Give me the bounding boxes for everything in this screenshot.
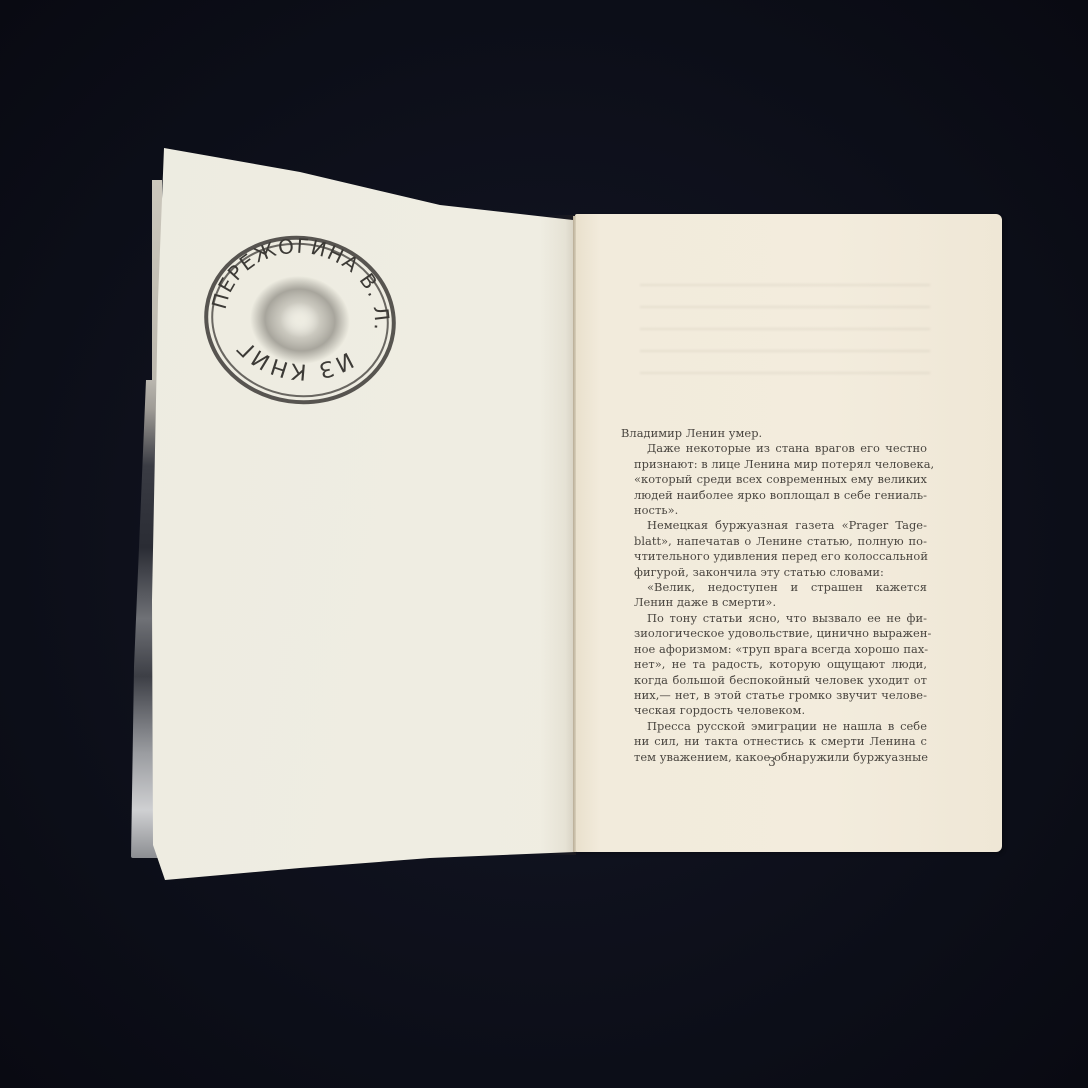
- text-line: людей наиболее ярко воплощал в себе гени…: [621, 488, 927, 503]
- text-line: фигурой, закончила эту статью словами:: [621, 565, 927, 580]
- paragraph: По тону статьи ясно, что вызвало ее не ф…: [621, 611, 927, 719]
- left-page-gutter-shadow: [540, 215, 576, 855]
- bleed-through-text: [640, 272, 930, 382]
- text-line: признают: в лице Ленина мир потерял чело…: [621, 457, 927, 472]
- booklet-spine: [573, 216, 576, 852]
- text-line: Немецкая буржуазная газета «Prager Tage-: [621, 518, 927, 533]
- text-line: нет», не та радость, которую ощущают люд…: [621, 657, 927, 672]
- text-line: Владимир Ленин умер.: [621, 426, 927, 441]
- text-line: ческая гордость человеком.: [621, 703, 927, 718]
- text-line: Даже некоторые из стана врагов его честн…: [621, 441, 927, 456]
- page-number: 3: [764, 755, 780, 769]
- text-line: ность».: [621, 503, 927, 518]
- text-line: когда большой беспокойный человек уходит…: [621, 673, 927, 688]
- paragraph: Владимир Ленин умер.: [621, 426, 927, 441]
- text-line: зиологическое удовольствие, цинично выра…: [621, 626, 927, 641]
- text-line: Ленин даже в смерти».: [621, 595, 927, 610]
- text-line: чтительного удивления перед его колоссал…: [621, 549, 927, 564]
- text-line: них,— нет, в этой статье громко звучит ч…: [621, 688, 927, 703]
- paragraph: Немецкая буржуазная газета «Prager Tage-…: [621, 518, 927, 580]
- text-line: «который среди всех современных ему вели…: [621, 472, 927, 487]
- quote-paragraph: «Велик, недоступен и страшен кажется Лен…: [621, 580, 927, 611]
- text-line: «Велик, недоступен и страшен кажется: [621, 580, 927, 595]
- stamp-icon: ИЗ КНИГ ПЕРЕЖОГИНА В. Л.: [188, 217, 411, 423]
- text-line: По тону статьи ясно, что вызвало ее не ф…: [621, 611, 927, 626]
- text-line: Пресса русской эмиграции не нашла в себе: [621, 719, 927, 734]
- ownership-stamp: ИЗ КНИГ ПЕРЕЖОГИНА В. Л.: [188, 217, 411, 423]
- text-line: ное афоризмом: «труп врага всегда хорошо…: [621, 642, 927, 657]
- text-line: ни сил, ни такта отнестись к смерти Лени…: [621, 734, 927, 749]
- paragraph: Даже некоторые из стана врагов его честн…: [621, 441, 927, 518]
- page-text: Владимир Ленин умер. Даже некоторые из с…: [621, 426, 927, 765]
- text-line: blatt», напечатав о Ленине статью, полну…: [621, 534, 927, 549]
